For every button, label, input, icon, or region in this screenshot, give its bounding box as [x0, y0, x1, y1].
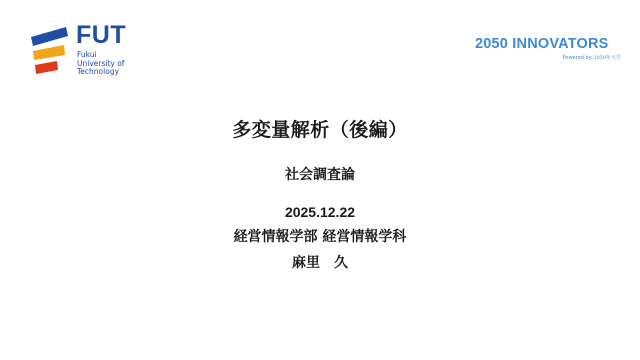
- department: 経営情報学部 経営情報学科: [0, 228, 640, 246]
- presentation-date: 2025.12.22: [0, 204, 640, 221]
- presentation-slide: FUT Fukui University of Technology 2050 …: [0, 0, 640, 360]
- powered-by-line: Powered by 2050年大学: [563, 55, 621, 61]
- fut-subtitle: Fukui University of Technology: [77, 51, 124, 77]
- author-name: 麻里 久: [0, 254, 640, 272]
- innovators-wordmark: 2050 INNOVATORS: [475, 36, 609, 52]
- innovators-name: INNOVATORS: [512, 36, 608, 52]
- fut-logo: FUT Fukui University of Technology: [30, 24, 140, 80]
- fut-wordmark: FUT: [76, 23, 126, 48]
- slide-title: 多変量解析（後編）: [0, 118, 640, 142]
- powered-by-brand: 2050年大学: [593, 55, 621, 61]
- fut-stripes-icon: [30, 24, 74, 80]
- course-name: 社会調査論: [0, 166, 640, 184]
- powered-by-label: Powered by: [563, 55, 592, 61]
- innovators-logo: 2050 INNOVATORS Powered by 2050年大学: [475, 36, 625, 66]
- innovators-number: 2050: [475, 36, 508, 52]
